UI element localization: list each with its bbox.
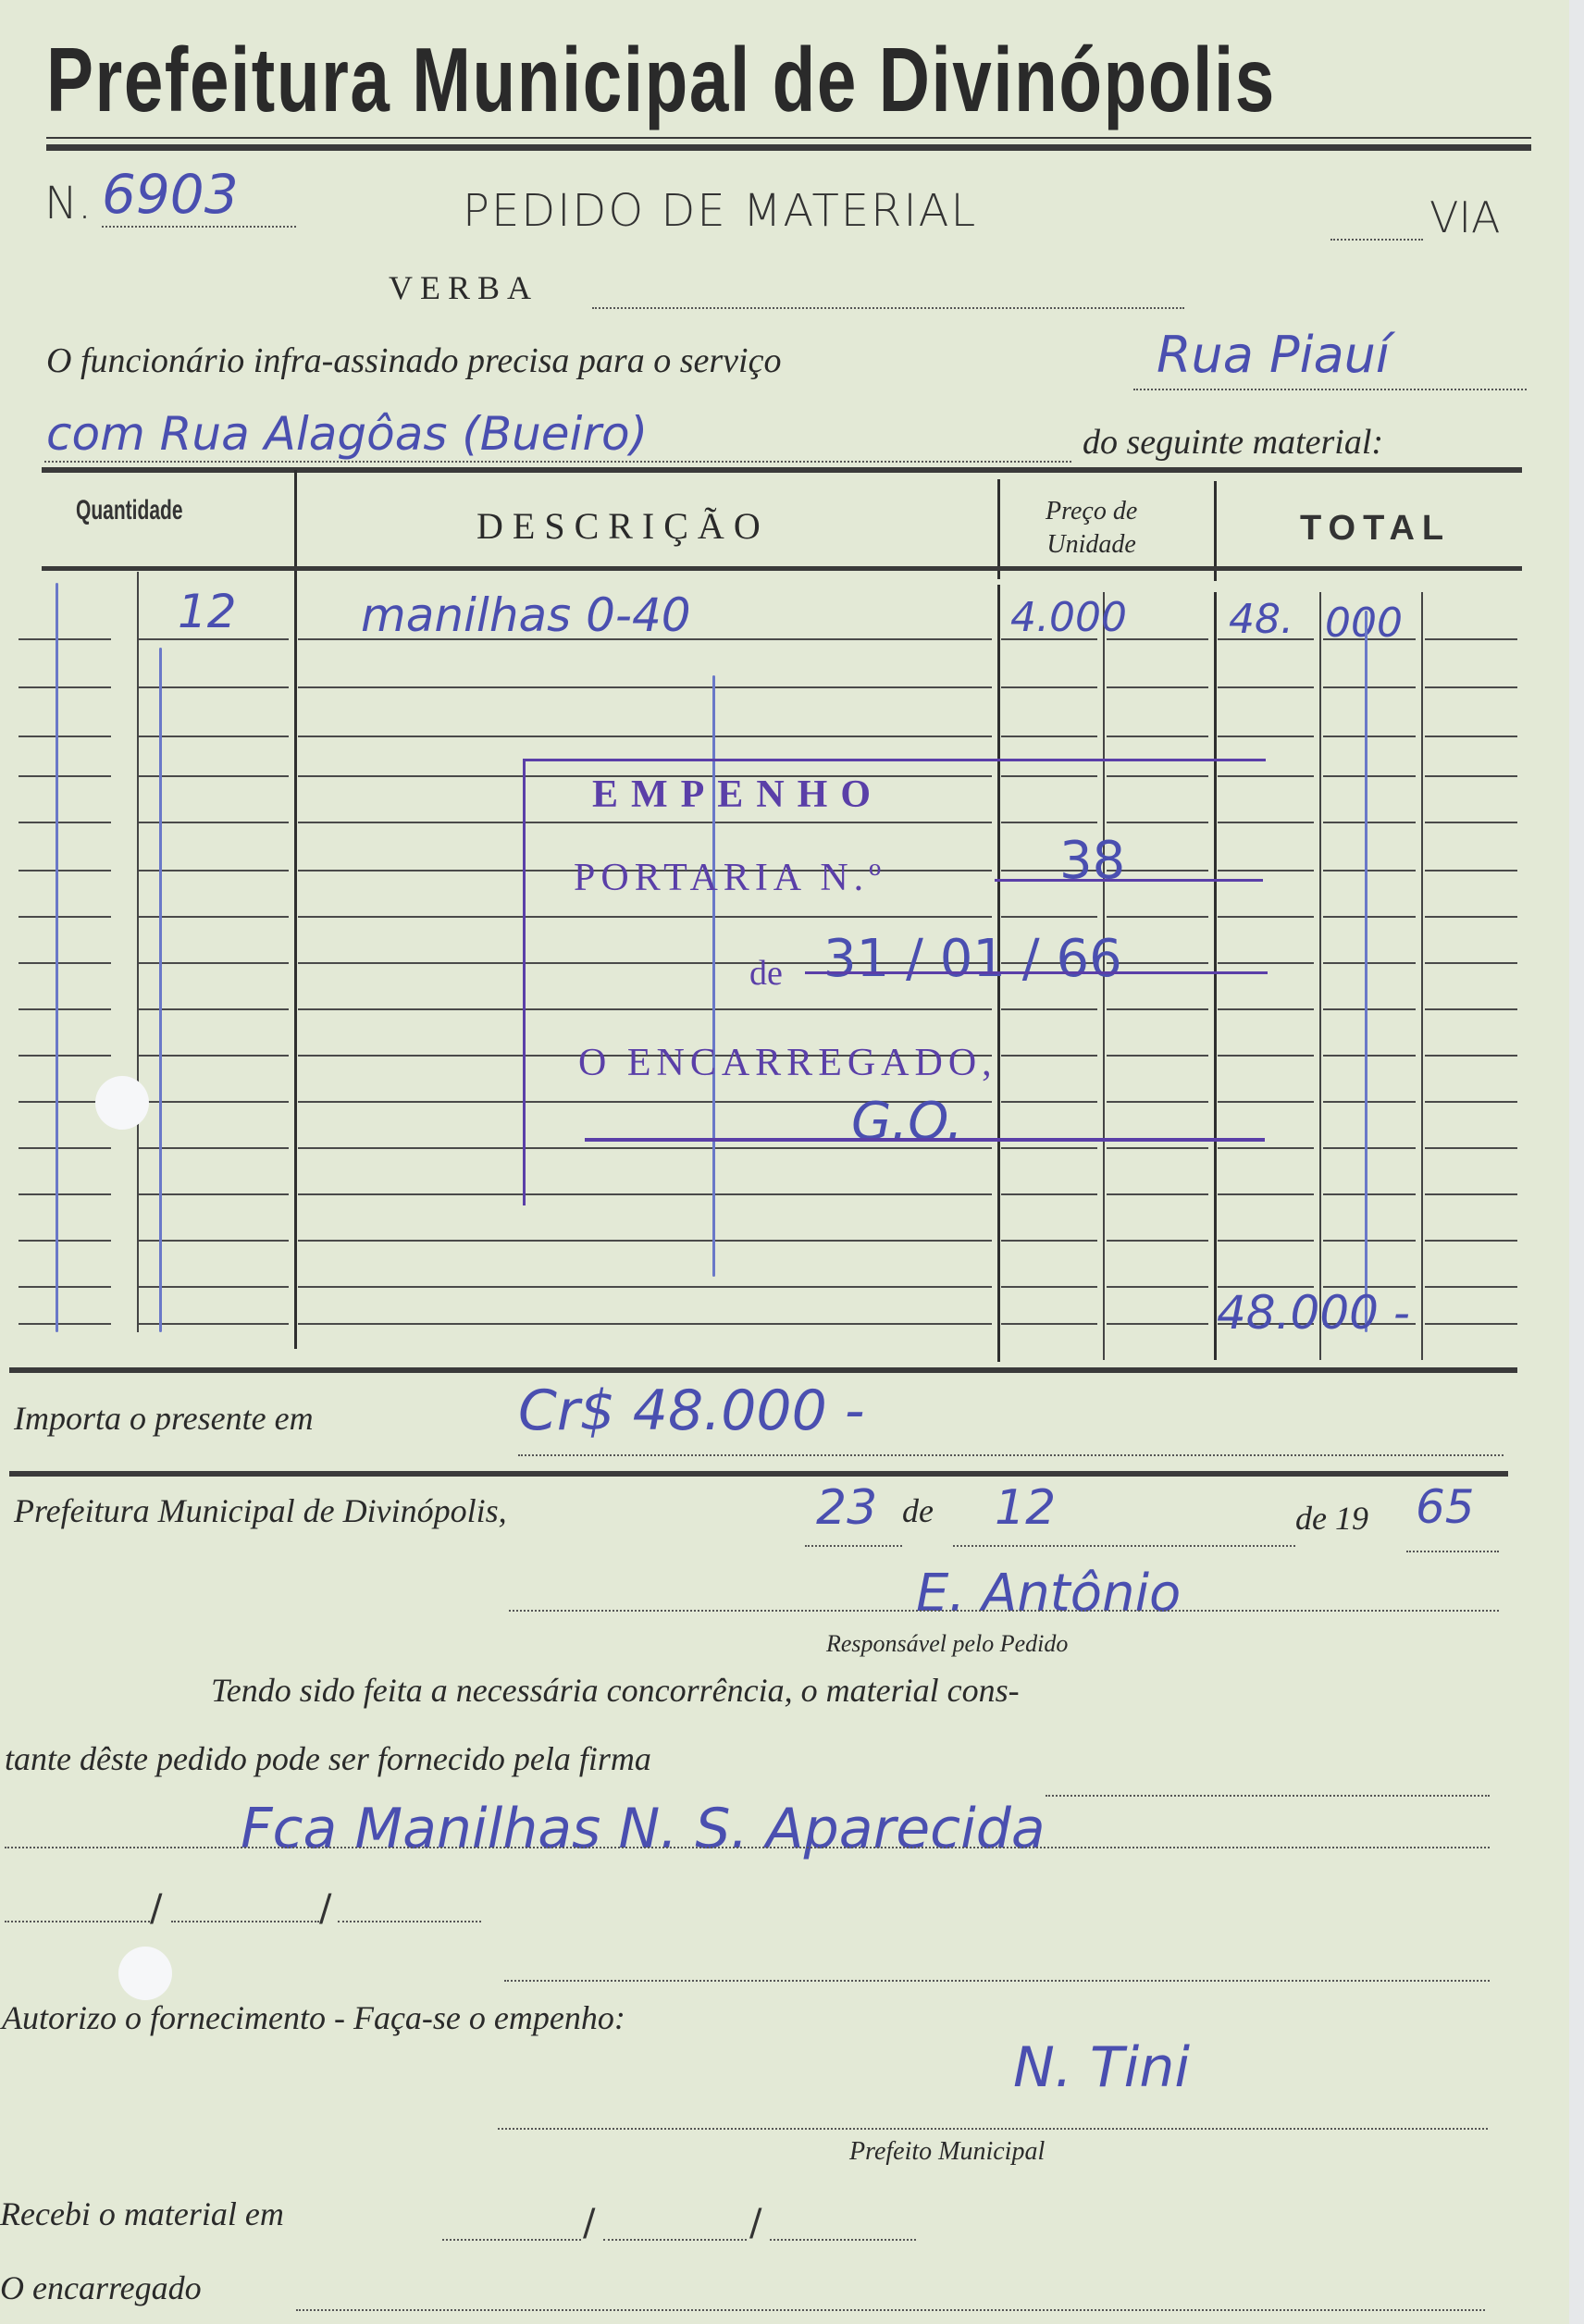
row-1-total-dec[interactable]: 000 — [1325, 600, 1403, 647]
table-ruled-line — [1323, 1193, 1416, 1195]
table-ruled-line — [1323, 870, 1416, 871]
recebi-month[interactable] — [603, 2239, 747, 2241]
table-ruled-line — [1107, 686, 1208, 688]
table-ruled-line — [1425, 638, 1517, 640]
day-line — [805, 1545, 902, 1547]
date-day[interactable]: 23 — [816, 1480, 877, 1536]
total-sub-sep-2 — [1421, 592, 1423, 1360]
number-line — [102, 226, 296, 228]
punch-hole-1 — [95, 1076, 149, 1130]
service-suffix: do seguinte material: — [1083, 422, 1383, 463]
stamp-portaria-line — [995, 879, 1263, 882]
table-ruled-line — [1218, 686, 1314, 688]
table-ruled-line — [1107, 1323, 1208, 1325]
page-title: Prefeitura Municipal de Divinópolis — [46, 28, 1201, 132]
table-ruled-line — [19, 736, 111, 737]
table-ruled-line — [298, 736, 992, 737]
table-ruled-line — [19, 1240, 111, 1242]
recebi-label: Recebi o material em — [0, 2194, 284, 2233]
recebi-slash-1: / — [583, 2202, 595, 2244]
table-ruled-line — [1001, 1323, 1097, 1325]
stamp-signature-line — [585, 1138, 1265, 1142]
date-slash-2: / — [319, 1887, 331, 1930]
col-header-preco-line2: Unidade — [1046, 528, 1137, 562]
supplier-text-2: tante dêste pedido pode ser fornecido pe… — [5, 1739, 651, 1778]
importa-label: Importa o presente em — [14, 1399, 314, 1438]
prefeito-label: Prefeito Municipal — [849, 2137, 1045, 2167]
firm-line-2 — [5, 1847, 1490, 1848]
table-ruled-line — [19, 775, 111, 777]
table-ruled-line — [1001, 1286, 1097, 1288]
paper-sheet: Prefeitura Municipal de Divinópolis N. 6… — [0, 0, 1569, 2324]
table-ruled-line — [1425, 736, 1517, 737]
via-line[interactable] — [1330, 239, 1423, 241]
table-ruled-line — [1323, 1101, 1416, 1103]
via-label: VIA — [1429, 192, 1501, 242]
prefeito-line — [498, 2128, 1488, 2130]
stamp-portaria-label: PORTARIA N.º — [574, 856, 886, 900]
supplier-signature-line[interactable] — [504, 1980, 1490, 1982]
place-label: Prefeitura Municipal de Divinópolis, — [14, 1491, 507, 1530]
supplier-text-1: Tendo sido feita a necessária concorrênc… — [211, 1671, 1020, 1710]
total-sub-sep — [1319, 592, 1321, 1360]
supplier-date-month[interactable] — [171, 1921, 319, 1922]
month-line — [953, 1545, 1295, 1547]
table-ruled-line — [1218, 1240, 1314, 1242]
table-ruled-line — [19, 1055, 111, 1057]
table-top-rule — [42, 467, 1522, 473]
table-ruled-line — [19, 1286, 111, 1288]
number-label: N. — [44, 178, 92, 229]
table-ruled-line — [1001, 1240, 1097, 1242]
recebi-slash-2: / — [749, 2202, 761, 2244]
importa-line — [518, 1454, 1504, 1456]
table-bottom-rule — [9, 1367, 1517, 1373]
firm-line-1 — [1046, 1795, 1490, 1797]
table-ruled-line — [1107, 1240, 1208, 1242]
service-value-1[interactable]: Rua Piauí — [1157, 326, 1390, 384]
table-ruled-line — [1425, 1008, 1517, 1010]
col-header-quantidade: Quantidade — [76, 495, 183, 526]
date-month[interactable]: 12 — [995, 1480, 1056, 1536]
header-sep-2 — [997, 479, 1000, 579]
table-ruled-line — [1323, 686, 1416, 688]
table-ruled-line — [1323, 822, 1416, 823]
col-header-preco-line1: Preço de — [1046, 495, 1137, 528]
table-ruled-line — [1425, 1147, 1517, 1149]
table-ruled-line — [19, 1147, 111, 1149]
table-ruled-line — [1107, 736, 1208, 737]
table-ruled-line — [1425, 1323, 1517, 1325]
stamp-date-label: de — [749, 953, 783, 994]
crossout-stroke-4 — [1365, 611, 1367, 1332]
stamp-portaria-value[interactable]: 38 — [1059, 831, 1125, 891]
header-sep-1 — [294, 470, 297, 572]
row-1-descricao[interactable]: manilhas 0-40 — [361, 588, 691, 642]
table-ruled-line — [19, 1323, 111, 1325]
responsavel-line — [509, 1610, 1499, 1612]
table-ruled-line — [1323, 736, 1416, 737]
stamp-title: EMPENHO — [592, 773, 884, 817]
table-ruled-line — [1323, 775, 1416, 777]
verba-field[interactable] — [592, 307, 1184, 309]
recebi-year[interactable] — [770, 2239, 916, 2241]
service-line-1 — [1133, 389, 1527, 390]
table-ruled-line — [1425, 870, 1517, 871]
table-ruled-line — [19, 1008, 111, 1010]
table-ruled-line — [1107, 1286, 1208, 1288]
table-ruled-line — [1323, 916, 1416, 918]
table-ruled-line — [139, 638, 289, 640]
table-ruled-line — [19, 962, 111, 964]
table-ruled-line — [19, 686, 111, 688]
table-ruled-line — [1218, 736, 1314, 737]
verba-label: VERBA — [389, 268, 538, 307]
table-ruled-line — [1425, 916, 1517, 918]
table-ruled-line — [19, 870, 111, 871]
title-rule-thin — [46, 137, 1531, 139]
firm-value[interactable]: Fca Manilhas N. S. Aparecida — [241, 1797, 1046, 1861]
table-ruled-line — [1323, 1055, 1416, 1057]
date-de-2: de 19 — [1295, 1499, 1368, 1538]
body-sep-1 — [294, 572, 297, 1349]
table-ruled-line — [19, 638, 111, 640]
year-line — [1406, 1551, 1499, 1552]
responsavel-signature[interactable]: E. Antônio — [916, 1564, 1181, 1624]
date-slash-1: / — [150, 1887, 162, 1930]
authorization-label: Autorizo o fornecimento - Faça-se o empe… — [2, 1998, 625, 2037]
col-header-preco: Preço de Unidade — [1046, 495, 1137, 562]
service-value-2[interactable]: com Rua Alagôas (Bueiro) — [46, 407, 648, 461]
responsavel-label: Responsável pelo Pedido — [826, 1630, 1068, 1658]
table-ruled-line — [19, 916, 111, 918]
table-ruled-line — [298, 1240, 992, 1242]
table-ruled-line — [1425, 1193, 1517, 1195]
importa-bottom-rule — [9, 1471, 1508, 1477]
row-1-total-int[interactable]: 48. — [1229, 596, 1293, 643]
table-ruled-line — [298, 1323, 992, 1325]
table-ruled-line — [1425, 1240, 1517, 1242]
service-line-2 — [44, 461, 1071, 463]
encarregado-line[interactable] — [296, 2309, 1485, 2311]
table-ruled-line — [1001, 686, 1097, 688]
crossout-stroke-1 — [56, 583, 58, 1332]
table-ruled-line — [1001, 736, 1097, 737]
stamp-encarregado-label: O ENCARREGADO, — [578, 1041, 997, 1085]
importa-value[interactable]: Cr$ 48.000 - — [518, 1378, 864, 1443]
table-ruled-line — [1425, 1055, 1517, 1057]
table-ruled-line — [298, 686, 992, 688]
date-de-1: de — [902, 1491, 934, 1530]
grand-total[interactable]: 48.000 - — [1217, 1286, 1410, 1340]
encarregado-label: O encarregado — [0, 2268, 202, 2307]
table-ruled-line — [1323, 962, 1416, 964]
supplier-date-year[interactable] — [338, 1921, 481, 1922]
col-header-total: TOTAL — [1300, 509, 1451, 549]
table-ruled-line — [19, 1193, 111, 1195]
crossout-stroke-2 — [159, 648, 162, 1332]
table-ruled-line — [1425, 822, 1517, 823]
form-title: PEDIDO DE MATERIAL — [463, 185, 977, 237]
row-1-quantidade[interactable]: 12 — [178, 585, 237, 638]
supplier-date-day[interactable] — [5, 1921, 153, 1922]
stamp-encarregado-signature[interactable]: G.O. — [851, 1092, 963, 1152]
table-ruled-line — [1425, 686, 1517, 688]
table-ruled-line — [1425, 1101, 1517, 1103]
title-rule-thick — [46, 144, 1531, 151]
table-ruled-line — [1323, 1008, 1416, 1010]
table-ruled-line — [1323, 1240, 1416, 1242]
number-value[interactable]: 6903 — [102, 163, 239, 226]
table-ruled-line — [1425, 962, 1517, 964]
date-year[interactable]: 65 — [1416, 1480, 1475, 1534]
table-ruled-line — [19, 822, 111, 823]
table-ruled-line — [298, 1286, 992, 1288]
service-prefix: O funcionário infra-assinado precisa par… — [46, 340, 781, 381]
prefeito-signature[interactable]: N. Tini — [1013, 2035, 1190, 2100]
table-ruled-line — [1425, 1286, 1517, 1288]
stamp-date-value[interactable]: 31 / 01 / 66 — [823, 929, 1122, 989]
row-1-preco-unidade[interactable]: 4.000 — [1010, 594, 1127, 641]
table-ruled-line — [1323, 1147, 1416, 1149]
recebi-day[interactable] — [442, 2239, 581, 2241]
stamp-date-line — [805, 971, 1268, 974]
punch-hole-2 — [118, 1947, 172, 2000]
header-bottom-rule — [42, 566, 1522, 571]
table-ruled-line — [1425, 775, 1517, 777]
col-header-descricao: DESCRIÇÃO — [476, 504, 770, 548]
